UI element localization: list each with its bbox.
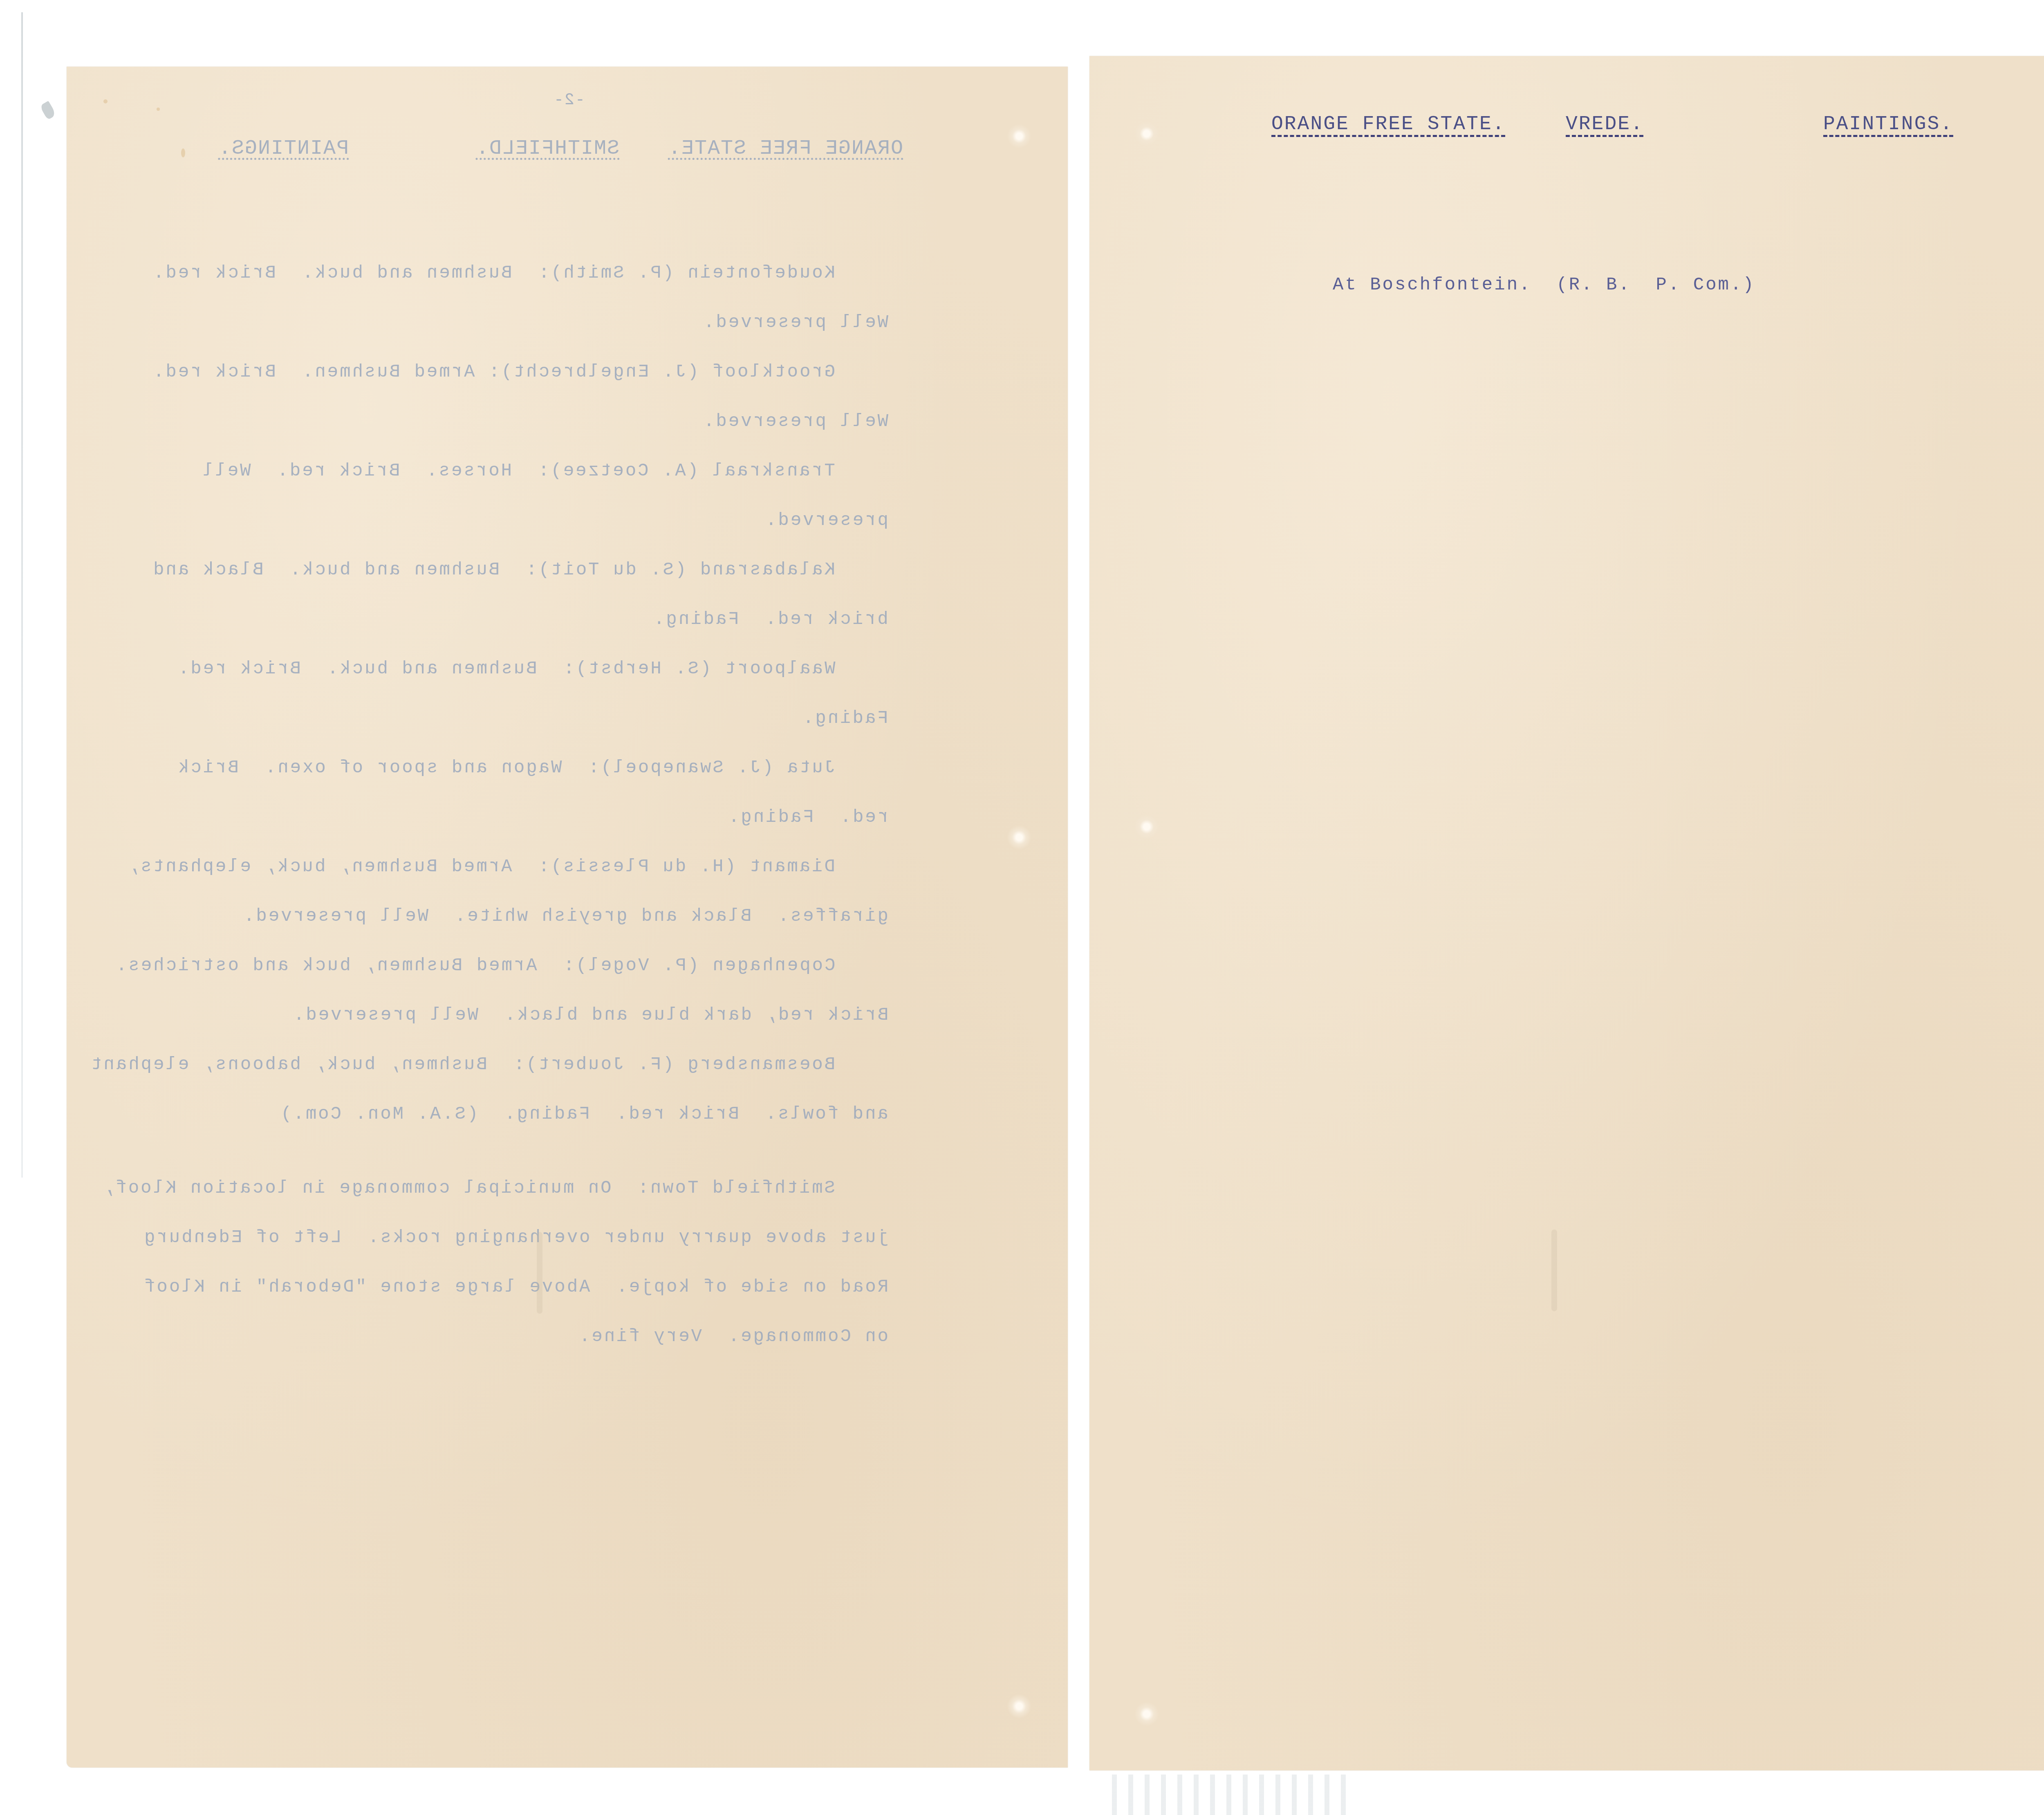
header-category-text: PAINTINGS.	[218, 137, 349, 160]
foxing-spot	[157, 108, 160, 111]
right-page: ORANGE FREE STATE. VREDE. PAINTINGS. At …	[1089, 56, 2044, 1770]
body-line: Waalpoort (S. Herbst): Bushmen and buck.…	[177, 659, 835, 679]
body-line: Copenhagen (P. Vogel): Armed Bushmen, bu…	[114, 956, 835, 976]
body-line: Brick red, dark blue and black. Well pre…	[292, 1005, 888, 1025]
body-line: red. Fading.	[727, 807, 888, 828]
foxing-spot	[181, 148, 185, 157]
binding-hole	[1007, 124, 1031, 148]
header-category: PAINTINGS.	[1823, 113, 1953, 135]
body-line: Juta (J. Swanepoel): Wagon and spoor of …	[177, 758, 835, 778]
body-line: Boesmansberg (F. Joubert): Bushmen, buck…	[90, 1054, 835, 1075]
header-district-text: SMITHFIELD.	[475, 137, 619, 160]
header-district: SMITHFIELD.	[475, 114, 698, 184]
foxing-spot	[103, 99, 108, 103]
header-region-text: ORANGE FREE STATE.	[668, 137, 903, 160]
body-line: Koudefontein (P. Smith): Bushmen and buc…	[152, 263, 835, 283]
body-line: Well preserved.	[702, 312, 888, 333]
binding-hole	[1134, 1702, 1159, 1726]
left-page: -2- PAINTINGS. SMITHFIELD. ORANGE FREE S…	[67, 67, 1068, 1768]
body-line: just above quarry under overhanging rock…	[143, 1227, 888, 1248]
body-line: brick red. Fading.	[652, 609, 888, 630]
page-number: -2-	[553, 91, 585, 110]
crease-mark	[1551, 1229, 1557, 1311]
body-line: Smithfield Town: On municipal commonage …	[102, 1178, 835, 1198]
body-line: Grootkloof (J. Engelbrecht): Armed Bushm…	[152, 362, 835, 382]
body-line: Diamant (H. du Plessis): Armed Bushmen, …	[127, 857, 835, 877]
body-line: giraffes. Black and greyish white. Well …	[242, 906, 888, 927]
body-line: and fowls. Brick red. Fading. (S.A. Mon.…	[279, 1104, 888, 1124]
binding-hole	[1134, 814, 1159, 839]
body-line: Well preserved.	[702, 411, 888, 432]
paper-fragment	[40, 101, 57, 120]
header-region: ORANGE FREE STATE.	[1271, 113, 1505, 135]
body-line: preserved.	[764, 510, 888, 531]
crease-mark	[537, 1232, 542, 1314]
body-line: Fading.	[801, 708, 888, 729]
show-through-fragment	[1112, 1775, 1357, 1815]
body-line: Transkraal (A. Coetzee): Horses. Brick r…	[201, 461, 835, 481]
header-district: VREDE.	[1566, 113, 1644, 135]
entry-boschfontein: At Boschfontein. (R. B. P. Com.)	[1333, 275, 1755, 295]
header-category: PAINTINGS.	[218, 114, 427, 184]
scanner-edge-line	[21, 12, 23, 1178]
body-line: Kalabasrand (S. du Toit): Bushmen and bu…	[152, 560, 835, 580]
binding-hole	[1007, 1694, 1031, 1719]
body-line: Road on side of kopje. Above large stone…	[143, 1277, 888, 1297]
binding-hole	[1134, 121, 1159, 146]
header-region: ORANGE FREE STATE.	[668, 114, 982, 184]
binding-hole	[1007, 825, 1031, 850]
body-line: on Commonage. Very fine.	[578, 1326, 888, 1347]
